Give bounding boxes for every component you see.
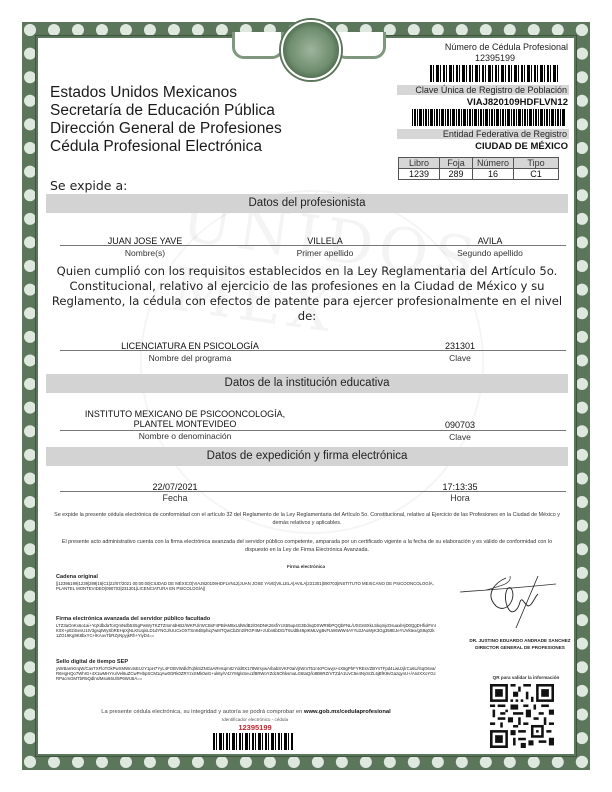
field-programa-clave: 231301 Clave (420, 341, 500, 363)
sello-digital-title: Sello digital de tiempo SEP (56, 659, 436, 666)
ornament-right (334, 32, 386, 59)
identificador-number: 12395199 (200, 723, 310, 732)
institucion-clave-value: 090703 (420, 420, 500, 430)
firma-avanzada-block: Firma electrónica avanzada del servidor … (56, 616, 436, 638)
registry-table: Libro Foja Número Tipo 1239 289 16 C1 (398, 157, 559, 180)
verification-url[interactable]: www.gob.mx/cedulaprofesional (304, 709, 391, 715)
cadena-original-title: Cadena original (56, 574, 436, 581)
identificador-label: Identificador electrónico - cédula (200, 717, 310, 722)
institucion-clave-label: Clave (420, 432, 500, 442)
hora-label: Hora (415, 493, 505, 503)
section-expedicion: Datos de expedición y firma electrónica (46, 447, 568, 466)
programa-clave-value: 231301 (420, 341, 500, 351)
verification-text: La presente cédula electrónica, su integ… (101, 709, 304, 715)
field-primer-apellido: VILLELA Primer apellido (240, 236, 410, 258)
cadena-original-block: Cadena original ||12395199|1239|289|16|C… (56, 574, 436, 591)
national-seal-icon (281, 20, 341, 80)
fecha-value: 22/07/2021 (130, 482, 220, 492)
signer-title: DIRECTOR GENERAL DE PROFESIONES (460, 645, 580, 650)
cedula-number-label: Número de Cédula Profesional (400, 42, 568, 52)
foja-header: Foja (440, 158, 473, 169)
segundo-apellido-label: Segundo apellido (405, 248, 575, 258)
section-profesionista: Datos del profesionista (46, 194, 568, 213)
curp-barcode (412, 109, 566, 126)
nombres-value: JUAN JOSE YAVE (60, 236, 230, 246)
ornament-left (232, 32, 284, 59)
field-institucion-clave: 090703 Clave (420, 420, 500, 442)
tipo-value: C1 (514, 169, 559, 180)
issuer-header: Estados Unidos Mexicanos Secretaría de E… (50, 84, 282, 156)
signer-name: DR. JUSTINO EDUARDO ANDRADE SANCHEZ (460, 638, 580, 643)
cedula-barcode (430, 65, 558, 82)
firma-avanzada-text: LTZ3aOnKx6o1ai+YqXdbdaTorQmNdb5S5gPwWyTK… (56, 623, 436, 638)
identificador-barcode (213, 733, 293, 750)
header-line-direccion: Dirección General de Profesiones (50, 120, 282, 138)
primer-apellido-value: VILLELA (240, 236, 410, 246)
segundo-apellido-value: AVILA (405, 236, 575, 246)
field-nombres: JUAN JOSE YAVE Nombre(s) (60, 236, 230, 258)
field-fecha: 22/07/2021 Fecha (130, 482, 220, 503)
section-institucion: Datos de la institución educativa (46, 374, 568, 393)
libro-header: Libro (399, 158, 440, 169)
entidad-label: Entidad Federativa de Registro (397, 129, 569, 139)
programa-clave-label: Clave (420, 353, 500, 363)
field-institucion: INSTITUTO MEXICANO DE PSICOONCOLOGÍA, PL… (70, 409, 300, 441)
entidad-value: CIUDAD DE MÉXICO (400, 141, 568, 152)
cadena-original-text: ||12395199|1239|289|16|C1|22/07/2021 00:… (56, 581, 436, 591)
curp-value: VIAJ820109HDFLVN12 (400, 97, 568, 108)
firma-avanzada-title: Firma electrónica avanzada del servidor … (56, 616, 436, 623)
legal-paragraph-2: El presente acto administrativo cuenta c… (52, 538, 562, 554)
programa-value: LICENCIATURA EN PSICOLOGÍA (90, 341, 290, 351)
qr-code[interactable] (490, 684, 554, 748)
legal-paragraph-1: Se expide la presente cédula electrónica… (52, 511, 562, 527)
tipo-header: Tipo (514, 158, 559, 169)
nombres-label: Nombre(s) (60, 248, 230, 258)
numero-value: 16 (473, 169, 514, 180)
institucion-label: Nombre o denominación (70, 431, 300, 441)
firma-electronica-title: Firma electrónica (0, 564, 612, 569)
field-segundo-apellido: AVILA Segundo apellido (405, 236, 575, 258)
foja-value: 289 (440, 169, 473, 180)
sello-digital-text: yWrBamKIrqW/CasTXFloTOkPwXMWn4sEUzY1pH7Y… (56, 666, 436, 681)
se-expide-label: Se expide a: (50, 178, 127, 193)
libro-value: 1239 (399, 169, 440, 180)
header-line-document: Cédula Profesional Electrónica (50, 138, 282, 156)
verification-note: La presente cédula electrónica, su integ… (56, 709, 436, 715)
institucion-line2: PLANTEL MONTEVIDEO (70, 419, 300, 429)
header-line-secretaria: Secretaría de Educación Pública (50, 102, 282, 120)
qr-label: QR para validar la información (476, 675, 576, 680)
hora-value: 17:13:35 (415, 482, 505, 492)
field-programa: LICENCIATURA EN PSICOLOGÍA Nombre del pr… (90, 341, 290, 363)
numero-header: Número (473, 158, 514, 169)
primer-apellido-label: Primer apellido (240, 248, 410, 258)
field-hora: 17:13:35 Hora (415, 482, 505, 503)
fecha-label: Fecha (130, 493, 220, 503)
statement-paragraph: Quien cumplió con los requisitos estable… (46, 264, 568, 324)
cedula-number: 12395199 (440, 53, 550, 63)
sello-digital-block: Sello digital de tiempo SEP yWrBamKIrqW/… (56, 659, 436, 681)
institucion-line1: INSTITUTO MEXICANO DE PSICOONCOLOGÍA, (70, 409, 300, 419)
header-line-country: Estados Unidos Mexicanos (50, 84, 282, 102)
curp-label: Clave Única de Registro de Población (397, 85, 569, 95)
signature-image (456, 570, 576, 635)
programa-label: Nombre del programa (90, 353, 290, 363)
